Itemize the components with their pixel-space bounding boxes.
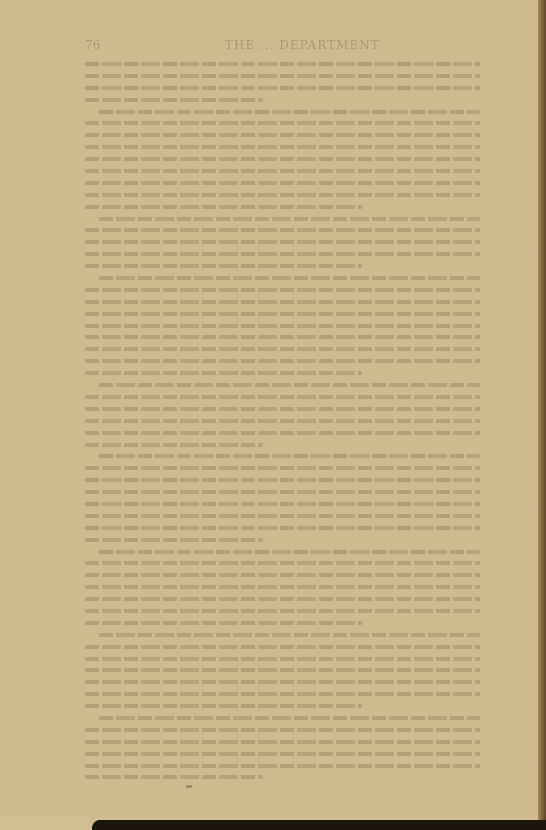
text-line (85, 621, 362, 625)
text-line (85, 514, 480, 518)
text-line (99, 550, 480, 554)
text-line (85, 359, 480, 363)
text-line (85, 407, 480, 411)
text-line (85, 538, 263, 542)
text-line (85, 193, 480, 197)
text-line (85, 205, 362, 209)
text-line (85, 692, 480, 696)
running-head: THE ... DEPARTMENT (225, 38, 380, 52)
text-line (85, 288, 480, 292)
text-line (85, 668, 480, 672)
printer-mark (186, 785, 192, 788)
text-line (85, 169, 480, 173)
text-line (85, 62, 480, 66)
text-line (85, 347, 480, 351)
text-line (99, 633, 480, 637)
text-line (85, 490, 480, 494)
text-line (85, 133, 480, 137)
text-line (85, 478, 480, 482)
text-line (85, 561, 480, 565)
text-line (99, 454, 480, 458)
text-line (85, 395, 480, 399)
text-line (85, 300, 480, 304)
text-line (85, 502, 480, 506)
text-line (85, 145, 480, 149)
text-line (85, 264, 362, 268)
text-line (85, 74, 480, 78)
page-number: 76 (85, 38, 100, 52)
text-line (85, 728, 480, 732)
text-line (85, 228, 480, 232)
text-line (85, 775, 263, 779)
text-line (85, 740, 480, 744)
text-line (85, 419, 480, 423)
page-edge-bottom (92, 820, 546, 830)
text-line (85, 431, 480, 435)
text-line (85, 86, 480, 90)
page-header: 76 THE ... DEPARTMENT (85, 38, 480, 54)
text-line (99, 716, 480, 720)
page-edge-right (538, 0, 546, 830)
text-line (85, 98, 263, 102)
text-line (99, 383, 480, 387)
text-line (85, 657, 480, 661)
text-line (85, 324, 480, 328)
text-line (85, 335, 480, 339)
body-text (85, 62, 480, 787)
text-line (85, 680, 480, 684)
text-line (85, 240, 480, 244)
text-line (85, 121, 480, 125)
text-line (99, 276, 480, 280)
text-line (85, 764, 480, 768)
text-line (85, 573, 480, 577)
book-page: 76 THE ... DEPARTMENT (0, 0, 538, 818)
text-line (85, 466, 480, 470)
text-line (85, 312, 480, 316)
text-line (99, 217, 480, 221)
text-line (85, 704, 362, 708)
text-line (85, 526, 480, 530)
text-line (85, 371, 362, 375)
text-line (85, 609, 480, 613)
text-line (85, 645, 480, 649)
text-line (85, 157, 480, 161)
text-line (85, 752, 480, 756)
text-line (85, 252, 480, 256)
text-line (85, 181, 480, 185)
text-line (99, 110, 480, 114)
text-line (85, 597, 480, 601)
text-line (85, 585, 480, 589)
text-line (85, 443, 263, 447)
